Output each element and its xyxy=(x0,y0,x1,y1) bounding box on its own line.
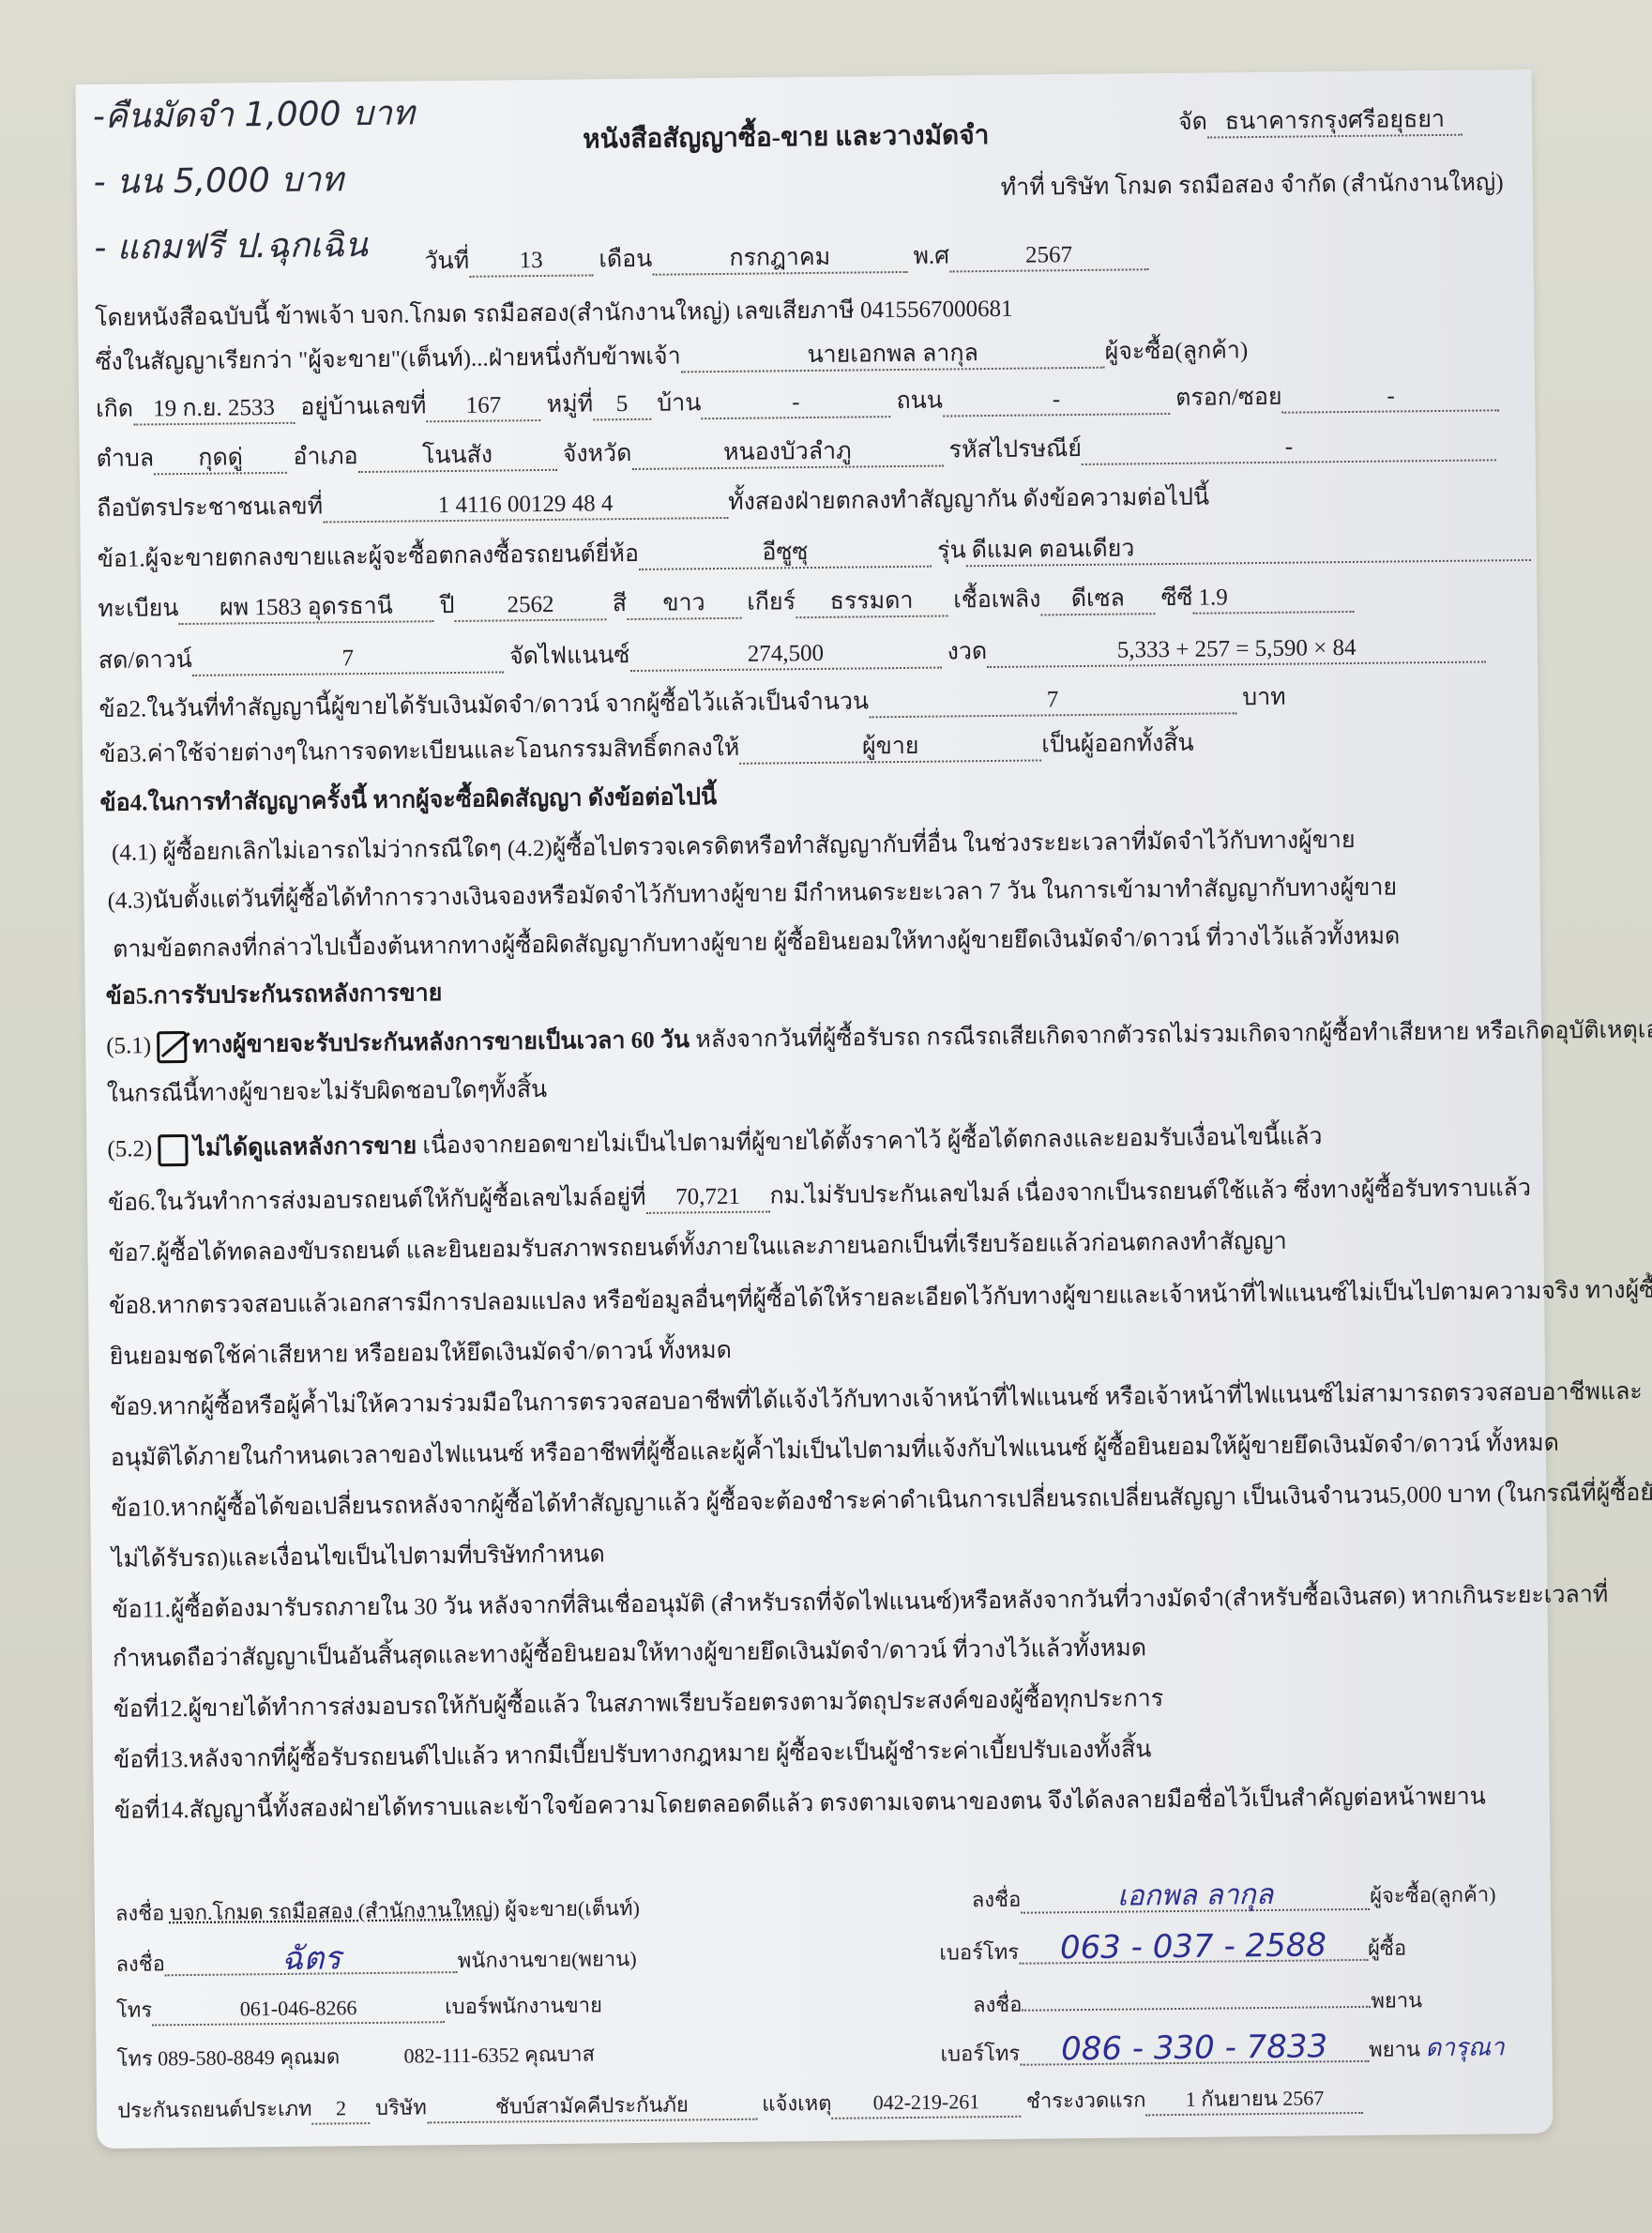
option-5-2-text: เนื่องจากยอดขายไม่เป็นไปตามที่ผู้ขายได้ต… xyxy=(417,1124,1323,1159)
sign-label: ลงชื่อ xyxy=(115,1901,165,1925)
witness-role: พยาน xyxy=(1369,2037,1420,2061)
house-label: อยู่บ้านเลขที่ xyxy=(300,393,426,419)
tambon-value: กุดดู่ xyxy=(154,444,287,475)
clause-3: ข้อ3.ค่าใช้จ่ายต่างๆในการจดทะเบียนและโอน… xyxy=(99,730,1194,771)
address-line-1: เกิด19 ก.ย. 2533 อยู่บ้านเลขที่167 หมู่ท… xyxy=(96,381,1500,426)
clause-1: ข้อ1.ผู้จะขายตกลงขายและผู้จะซื้อตกลงซื้อ… xyxy=(98,531,1531,576)
village-label: บ้าน xyxy=(657,390,701,416)
birth-label: เกิด xyxy=(96,397,133,422)
clause-8-b: ยินยอมชดใช้ค่าเสียหาย หรือยอมให้ยึดเงินม… xyxy=(110,1337,733,1372)
witness-phone-line: เบอร์โทร086 - 330 - 7833พยาน ดารุณา xyxy=(940,2030,1504,2068)
staff-phone-role: เบอร์พนักงานขาย xyxy=(445,1993,602,2018)
clause-11-b: กำหนดถือว่าสัญญาเป็นอันสิ้นสุดและทางผู้ซ… xyxy=(113,1634,1146,1674)
tel-label: โทร xyxy=(116,1998,152,2021)
road-value: - xyxy=(943,385,1170,418)
postal-value: - xyxy=(1082,431,1496,465)
clause-4-3: (4.3)นับตั้งแต่วันที่ผู้ซื้อได้ทำการวางเ… xyxy=(107,873,1397,915)
color-label: สี xyxy=(613,591,628,616)
clause-5-2: (5.2)ไม่ได้ดูแลหลังการขาย เนื่องจากยอดขา… xyxy=(107,1122,1322,1167)
handwritten-note: - แถมฟรี ป.ฉุกเฉิน xyxy=(94,232,368,263)
year-value: 2567 xyxy=(949,240,1148,272)
insurance-type: 2 xyxy=(311,2094,370,2125)
clause-4-1: (4.1) ผู้ซื้อยกเลิกไม่เอารถไม่ว่ากรณีใดๆ… xyxy=(112,827,1356,868)
baht-label: บาท xyxy=(1242,685,1286,710)
seller-text: ซึ่งในสัญญาเรียกว่า "ผู้จะขาย"(เต็นท์)..… xyxy=(95,343,680,375)
finance-amount: 274,500 xyxy=(629,639,941,672)
staff-phone: 061-046-8266 xyxy=(152,1993,445,2026)
id-line: ถือบัตรประชาชนเลขที่1 4116 00129 48 4ทั้… xyxy=(97,484,1209,525)
document-title: หนังสือสัญญาซื้อ-ขาย และวางมัดจำ xyxy=(583,122,990,155)
id-number: 1 4116 00129 48 4 xyxy=(323,489,728,524)
option-5-2-bold: ไม่ได้ดูแลหลังการขาย xyxy=(193,1133,417,1161)
option-5-1-bold: ทางผู้ขายจะรับประกันหลังการขายเป็นเวลา 6… xyxy=(192,1027,690,1058)
clause-5-1: (5.1)ทางผู้ขายจะรับประกันหลังการขายเป็นเ… xyxy=(106,1015,1652,1063)
vehicle-line: ทะเบียนผพ 1583 อุดรธานี ปี2562 สีขาว เกี… xyxy=(98,583,1355,626)
house-value: 167 xyxy=(426,391,540,422)
buyer-signature: เอกพล ลากุล xyxy=(1021,1880,1370,1914)
clause-6-text: ข้อ6.ในวันทำการส่งมอบรถยนต์ให้กับผู้ซื้อ… xyxy=(108,1185,646,1216)
staff-tel-line: โทร061-046-8266เบอร์พนักงานขาย xyxy=(116,1991,602,2026)
sign-label: ลงชื่อ xyxy=(972,1888,1022,1912)
reg-value: ผพ 1583 อุดรธานี xyxy=(178,592,433,625)
fuel-label: เชื้อเพลิง xyxy=(953,586,1040,613)
buyer-name: นายเอกพล ลากุล xyxy=(681,339,1105,373)
finance-bank: ธนาคารกรุงศรีอยุธยา xyxy=(1207,106,1463,139)
clause-3-text: ข้อ3.ค่าใช้จ่ายต่างๆในการจดทะเบียนและโอน… xyxy=(99,736,740,767)
insurance-company-label: บริษัท xyxy=(375,2095,427,2119)
clause-2: ข้อ2.ในวันที่ทำสัญญานี้ผู้ขายได้รับเงินม… xyxy=(99,684,1286,726)
clause-4-tail: ตามข้อตกลงที่กล่าวไปเบื้องต้นหากทางผู้ซื… xyxy=(113,922,1400,964)
date-line: วันที่13 เดือนกรกฎาคม พ.ศ2567 xyxy=(424,240,1148,278)
contact-2: 082-111-6352 คุณบาส xyxy=(403,2041,595,2071)
village-value: - xyxy=(701,387,890,419)
buyer-phone-role: ผู้ซื้อ xyxy=(1368,1936,1406,1959)
year-label: พ.ศ xyxy=(913,243,949,268)
buyer-sign-line: ลงชื่อเอกพล ลากุลผู้จะซื้อ(ลูกค้า) xyxy=(972,1878,1496,1914)
reg-label: ทะเบียน xyxy=(98,596,178,622)
day-value: 13 xyxy=(469,246,593,277)
seller-company: บจก.โกมด รถมือสอง (สำนักงานใหญ่) xyxy=(170,1898,500,1925)
phone-label: เบอร์โทร xyxy=(940,2042,1020,2066)
buyer-label: ผู้จะซื้อ(ลูกค้า) xyxy=(1105,338,1249,365)
day-label: วันที่ xyxy=(424,249,469,274)
first-payment-date: 1 กันยายน 2567 xyxy=(1145,2084,1363,2116)
claim-label: แจ้งเหตุ xyxy=(762,2091,831,2116)
witness-role: พยาน xyxy=(1371,1988,1422,2013)
handwritten-note: -คืนมัดจำ 1,000 บาท xyxy=(93,99,415,131)
car-model: ดีแมค ตอนเดียว xyxy=(966,531,1531,567)
car-color: ขาว xyxy=(627,589,741,620)
clause-6: ข้อ6.ในวันทำการส่งมอบรถยนต์ให้กับผู้ซื้อ… xyxy=(108,1175,1531,1220)
amphoe-value: โนนสัง xyxy=(357,441,556,473)
installment-value: 5,333 + 257 = 5,590 × 84 xyxy=(987,632,1486,668)
finance-label: จัด xyxy=(1178,110,1207,135)
insurance-line: ประกันรถยนต์ประเภท2 บริษัทชับบ์สามัคคีปร… xyxy=(117,2084,1364,2127)
clause-2-text: ข้อ2.ในวันที่ทำสัญญานี้ผู้ขายได้รับเงินม… xyxy=(99,689,869,722)
clause-9-a: ข้อ9.หากผู้ซื้อหรือผู้ค้ำไม่ให้ความร่วมม… xyxy=(110,1378,1643,1422)
finance-line: จัดธนาคารกรุงศรีอยุธยา xyxy=(1178,106,1463,139)
warranty-checkbox[interactable] xyxy=(157,1031,187,1063)
gear-label: เกียร์ xyxy=(747,589,796,615)
clause-9-b: อนุมัติได้ภายในกำหนดเวลาของไฟแนนซ์ หรืออ… xyxy=(111,1430,1559,1473)
cc-label: ซีซี xyxy=(1160,585,1192,611)
staff-role: พนักงานขาย(พยาน) xyxy=(458,1947,637,1972)
month-value: กรกฎาคม xyxy=(652,243,907,276)
witness-signature xyxy=(1022,1982,1371,2012)
option-5-2-label: (5.2) xyxy=(107,1136,152,1162)
clause-4-title: ข้อ4.ในการทำสัญญาครั้งนี้ หากผู้จะซื้อผิ… xyxy=(99,783,717,818)
agree-text: ทั้งสองฝ่ายตกลงทำสัญญากัน ดังข้อความต่อไ… xyxy=(728,485,1209,515)
installment-label: งวด xyxy=(947,639,988,664)
buyer-phone-line: เบอร์โทร063 - 037 - 2588ผู้ซื้อ xyxy=(939,1930,1406,1967)
month-label: เดือน xyxy=(599,247,652,273)
no-warranty-checkbox[interactable] xyxy=(158,1134,188,1166)
clause-7: ข้อ7.ผู้ซื้อได้ทดลองขับรถยนต์ และยินยอมร… xyxy=(108,1228,1286,1268)
down-label: สด/ดาวน์ xyxy=(99,647,192,674)
soi-label: ตรอก/ซอย xyxy=(1175,385,1282,411)
road-label: ถนน xyxy=(896,388,943,415)
insurance-type-label: ประกันรถยนต์ประเภท xyxy=(117,2097,312,2122)
car-brand: อีซูซุ xyxy=(639,538,932,570)
car-cc: 1.9 xyxy=(1192,583,1354,615)
sign-label: ลงชื่อ xyxy=(973,1993,1023,2017)
car-year-label: ปี xyxy=(440,593,455,618)
option-5-1-label: (5.1) xyxy=(106,1033,151,1059)
car-fuel: ดีเซล xyxy=(1040,585,1155,615)
moo-label: หมู่ที่ xyxy=(547,391,594,418)
first-payment-label: ชำระงวดแรก xyxy=(1026,2088,1146,2112)
down-value: 7 xyxy=(192,643,504,676)
insurance-company: ชับบ์สามัคคีประกันภัย xyxy=(427,2090,757,2124)
clause-10-b: ไม่ได้รับรถ)และเงื่อนไขเป็นไปตามที่บริษั… xyxy=(112,1541,605,1574)
claim-phone: 042-219-261 xyxy=(831,2088,1021,2119)
soi-value: - xyxy=(1281,381,1499,413)
birth-value: 19 ก.ย. 2533 xyxy=(133,394,295,426)
id-label: ถือบัตรประชาชนเลขที่ xyxy=(97,494,323,522)
clause-8-a: ข้อ8.หากตรวจสอบแล้วเอกสารมีการปลอมแปลง ห… xyxy=(109,1276,1652,1320)
amphoe-label: อำเภอ xyxy=(293,444,357,470)
staff-signature: ฉัตร xyxy=(165,1943,458,1976)
clause-3-tail: เป็นผู้ออกทั้งสิ้น xyxy=(1041,731,1194,758)
tambon-label: ตำบล xyxy=(97,446,155,472)
clause-1-label: ข้อ1.ผู้จะขายตกลงขายและผู้จะซื้อตกลงซื้อ… xyxy=(98,541,639,572)
car-year: 2562 xyxy=(454,590,606,622)
address-line-2: ตำบลกุดดู่ อำเภอโนนสัง จังหวัดหนองบัวลำภ… xyxy=(97,431,1497,476)
model-label: รุ่น xyxy=(937,538,966,563)
seller-line: ซึ่งในสัญญาเรียกว่า "ผู้จะขาย"(เต็นท์)..… xyxy=(95,337,1248,379)
clause-6-tail: กม.ไม่รับประกันเลขไมล์ เนื่องจากเป็นรถยน… xyxy=(769,1176,1531,1208)
province-value: หนองบัวลำภู xyxy=(631,437,943,470)
witness-sign-line: ลงชื่อพยาน xyxy=(973,1981,1423,2019)
moo-value: 5 xyxy=(593,390,651,421)
clause-14: ข้อที่14.สัญญานี้ทั้งสองฝ่ายได้ทราบและเข… xyxy=(114,1784,1486,1826)
clause-13: ข้อที่13.หลังจากที่ผู้ซื้อรับรถยนต์ไปแล้… xyxy=(114,1736,1151,1775)
seller-sign-line: ลงชื่อ บจก.โกมด รถมือสอง (สำนักงานใหญ่) … xyxy=(115,1894,640,1928)
car-gear: ธรรมดา xyxy=(796,586,947,618)
sign-label: ลงชื่อ xyxy=(115,1952,165,1976)
province-label: จังหวัด xyxy=(563,441,632,467)
seller-role: ผู้จะขาย(เต็นท์) xyxy=(505,1896,640,1922)
buyer-role: ผู้จะซื้อ(ลูกค้า) xyxy=(1370,1882,1496,1906)
option-5-1-text: หลังจากวันที่ผู้ซื้อรับรถ กรณีรถเสียเกิด… xyxy=(690,1017,1652,1053)
clause-5-title: ข้อ5.การรับประกันรถหลังการขาย xyxy=(106,980,443,1011)
intro-text: โดยหนังสือฉบับนี้ ข้าพเจ้า บจก.โกมด รถมื… xyxy=(95,296,1013,333)
deposit-amount: 7 xyxy=(869,684,1236,718)
phone-label: เบอร์โทร xyxy=(939,1940,1019,1965)
clause-5-1-tail: ในกรณีนี้ทางผู้ขายจะไม่รับผิดชอบใดๆทั้งส… xyxy=(107,1076,548,1109)
handwritten-note: - นน 5,000 บาท xyxy=(93,166,343,197)
mileage-value: 70,721 xyxy=(645,1183,769,1214)
witness-phone: 086 - 330 - 7833 xyxy=(1020,2032,1369,2066)
contact-1: โทร 089-580-8849 คุณมด xyxy=(116,2043,340,2073)
clause-12: ข้อที่12.ผู้ขายได้ทำการส่งมอบรถให้กับผู้… xyxy=(114,1685,1164,1724)
finance-amount-label: จัดไฟแนนซ์ xyxy=(509,643,630,669)
contract-paper: -คืนมัดจำ 1,000 บาท - นน 5,000 บาท - แถม… xyxy=(76,69,1553,2149)
clause-10-a: ข้อ10.หากผู้ซื้อได้ขอเปลี่ยนรถหลังจากผู้… xyxy=(111,1480,1652,1524)
made-at: ทำที่ บริษัท โกมด รถมือสอง จำกัด (สำนักง… xyxy=(1001,169,1504,203)
postal-label: รหัสไปรษณีย์ xyxy=(948,436,1082,463)
witness-name: ดารุณา xyxy=(1425,2033,1504,2062)
clause-11-a: ข้อ11.ผู้ซื้อต้องมารับรถภายใน 30 วัน หลั… xyxy=(112,1581,1608,1625)
buyer-phone: 063 - 037 - 2588 xyxy=(1019,1931,1368,1965)
fees-payer: ผู้ขาย xyxy=(739,731,1041,764)
staff-sign-line: ลงชื่อฉัตรพนักงานขาย(พยาน) xyxy=(115,1941,636,1979)
price-line: สด/ดาวน์7 จัดไฟแนนซ์274,500 งวด5,333 + 2… xyxy=(99,632,1487,676)
